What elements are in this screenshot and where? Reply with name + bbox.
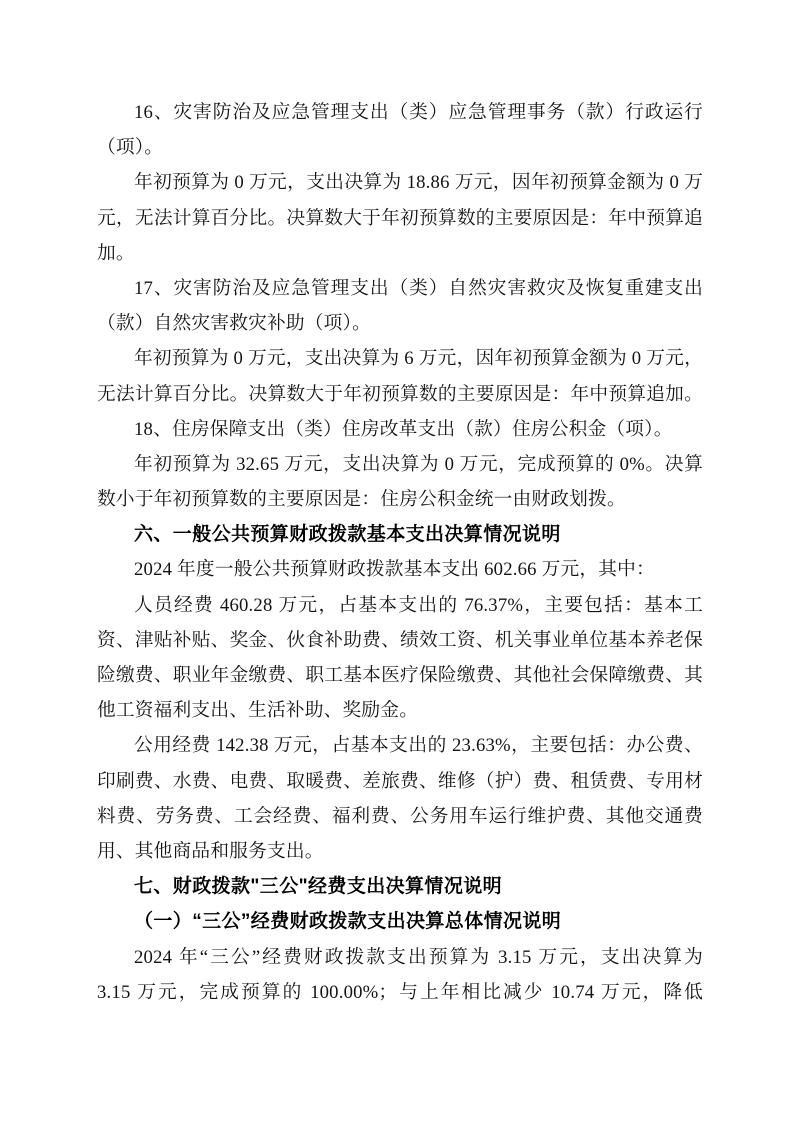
text-line: 年初预算为 0 万元，支出决算为 6 万元，因年初预算金额为 0 万元， <box>97 341 703 376</box>
section-heading: （一）“三公”经费财政拨款支出决算总体情况说明 <box>97 904 703 939</box>
text-line: 2024 年度一般公共预算财政拨款基本支出 602.66 万元，其中： <box>97 552 703 587</box>
paragraph: 年初预算为 32.65 万元，支出决算为 0 万元，完成预算的 0%。决算数小于… <box>97 447 703 517</box>
paragraph: 2024 年“三公”经费财政拨款支出预算为 3.15 万元，支出决算为3.15 … <box>97 940 703 1010</box>
text-line: 18、住房保障支出（类）住房改革支出（款）住房公积金（项）。 <box>97 412 703 447</box>
paragraph: 年初预算为 0 万元，支出决算为 6 万元，因年初预算金额为 0 万元，无法计算… <box>97 341 703 411</box>
text-line: 加。 <box>97 236 703 271</box>
text-line: 印刷费、水费、电费、取暖费、差旅费、维修（护）费、租赁费、专用材 <box>97 764 703 799</box>
text-line: 用、其他商品和服务支出。 <box>97 834 703 869</box>
document-page: 16、灾害防治及应急管理支出（类）应急管理事务（款）行政运行（项）。年初预算为 … <box>0 0 793 1122</box>
text-line: 无法计算百分比。决算数大于年初预算数的主要原因是：年中预算追加。 <box>97 377 703 412</box>
text-line: 2024 年“三公”经费财政拨款支出预算为 3.15 万元，支出决算为 <box>97 940 703 975</box>
text-line: 16、灾害防治及应急管理支出（类）应急管理事务（款）行政运行 <box>97 95 703 130</box>
paragraph: 18、住房保障支出（类）住房改革支出（款）住房公积金（项）。 <box>97 412 703 447</box>
text-line: 险缴费、职业年金缴费、职工基本医疗保险缴费、其他社会保障缴费、其 <box>97 658 703 693</box>
text-line: 年初预算为 32.65 万元，支出决算为 0 万元，完成预算的 0%。决算 <box>97 447 703 482</box>
paragraph: 17、灾害防治及应急管理支出（类）自然灾害救灾及恢复重建支出（款）自然灾害救灾补… <box>97 271 703 341</box>
text-line: 他工资福利支出、生活补助、奖励金。 <box>97 693 703 728</box>
section-heading: 六、一般公共预算财政拨款基本支出决算情况说明 <box>97 517 703 552</box>
text-line: 数小于年初预算数的主要原因是：住房公积金统一由财政划拨。 <box>97 482 703 517</box>
text-line: 料费、劳务费、工会经费、福利费、公务用车运行维护费、其他交通费 <box>97 799 703 834</box>
text-line: 六、一般公共预算财政拨款基本支出决算情况说明 <box>97 517 703 552</box>
text-line: （项）。 <box>97 130 703 165</box>
paragraph: 年初预算为 0 万元，支出决算为 18.86 万元，因年初预算金额为 0 万元，… <box>97 165 703 271</box>
text-line: 3.15 万元，完成预算的 100.00%；与上年相比减少 10.74 万元，降… <box>97 975 703 1010</box>
paragraph: 人员经费 460.28 万元，占基本支出的 76.37%，主要包括：基本工资、津… <box>97 588 703 729</box>
text-line: 元，无法计算百分比。决算数大于年初预算数的主要原因是：年中预算追 <box>97 201 703 236</box>
document-content: 16、灾害防治及应急管理支出（类）应急管理事务（款）行政运行（项）。年初预算为 … <box>97 95 703 1010</box>
text-line: 七、财政拨款"三公"经费支出决算情况说明 <box>97 869 703 904</box>
text-line: （一）“三公”经费财政拨款支出决算总体情况说明 <box>97 904 703 939</box>
text-line: 年初预算为 0 万元，支出决算为 18.86 万元，因年初预算金额为 0 万 <box>97 165 703 200</box>
section-heading: 七、财政拨款"三公"经费支出决算情况说明 <box>97 869 703 904</box>
text-line: 人员经费 460.28 万元，占基本支出的 76.37%，主要包括：基本工 <box>97 588 703 623</box>
text-line: 17、灾害防治及应急管理支出（类）自然灾害救灾及恢复重建支出 <box>97 271 703 306</box>
text-line: 资、津贴补贴、奖金、伙食补助费、绩效工资、机关事业单位基本养老保 <box>97 623 703 658</box>
text-line: 公用经费 142.38 万元，占基本支出的 23.63%，主要包括：办公费、 <box>97 728 703 763</box>
paragraph: 16、灾害防治及应急管理支出（类）应急管理事务（款）行政运行（项）。 <box>97 95 703 165</box>
paragraph: 2024 年度一般公共预算财政拨款基本支出 602.66 万元，其中： <box>97 552 703 587</box>
paragraph: 公用经费 142.38 万元，占基本支出的 23.63%，主要包括：办公费、印刷… <box>97 728 703 869</box>
text-line: （款）自然灾害救灾补助（项）。 <box>97 306 703 341</box>
